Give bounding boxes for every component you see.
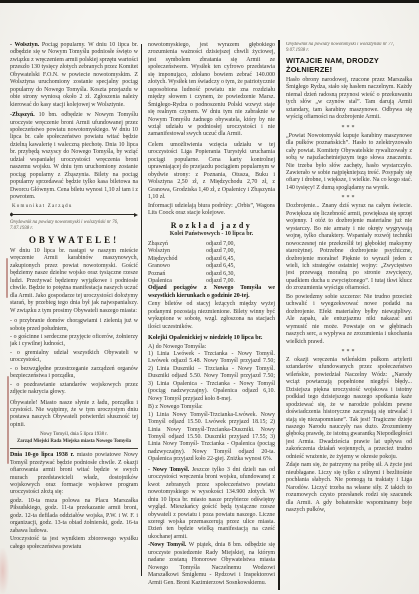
timetable-row: Zbąszyńodjazd 7,00,: [148, 241, 275, 248]
asterisk-separator: ***: [286, 349, 412, 355]
horizontal-rule: [10, 448, 138, 449]
notice-signatures: Zarząd Miejski Rada Miejska miasta Noweg…: [10, 439, 138, 445]
departure-time: odjazd 7,00.: [206, 278, 235, 285]
article-title: WITAJCIE NAM, DRODZY ŻOŁNIERZE!: [286, 57, 412, 74]
scanned-newspaper-page: - Wolsztyn. Pociąg popularny. W dniu 10 …: [0, 0, 419, 594]
direction-b-label: B) z Nowego Tomyśla:: [148, 404, 275, 411]
notice-bullet: - o przybranie domów chorągwiami i ziele…: [10, 318, 138, 333]
article-paragraph: Dozbrojenie... Znany dziś wyraz na całym…: [286, 203, 412, 292]
program-text: miasto powiatowe Nowy Tomyśl przeżywać b…: [10, 452, 138, 495]
station-name: Granowo: [148, 263, 206, 270]
article-paragraph: „Powiat Nowotomyski kupuje karabiny masz…: [286, 133, 412, 193]
departure-time: odjazd 6,45,: [206, 263, 235, 270]
news-text: Pociąg popularny. W dniu 10 lipca br. od…: [10, 42, 138, 108]
excursion-trains-paragraph: Celem umożliwienia wzięcia udziału w tej…: [148, 142, 275, 202]
timetable-subtitle: Kolei Państwowych - 10 lipca br.: [148, 231, 275, 239]
station-name: Zbąszyń: [148, 241, 206, 248]
departure-time: odjazd 7,00,: [206, 241, 235, 248]
timetable-bold-note: Odjazd pociągów z Nowego Tomyśla we wszy…: [148, 285, 275, 300]
departure-time: odjazd 7,00,: [206, 248, 235, 255]
timetable-row: Międzychódodjazd 6,45,: [148, 256, 275, 263]
column-divider-thick: [278, 40, 280, 590]
station-name: Poznań: [148, 271, 206, 278]
timetable-row: Opalenicaodjazd 7,00.: [148, 278, 275, 285]
news-lead: - Nowy Tomyśl.: [148, 467, 189, 473]
news-item-nowy-tomysl-1: - Nowy Tomyśl. Jeszcze tylko 3 dni dziel…: [148, 467, 275, 542]
arrow-end-icon: [134, 213, 138, 217]
departure-time: odjazd 6,45,: [206, 256, 235, 263]
news-lead: - Wolsztyn.: [10, 42, 39, 48]
article-continuation: nowotomyskiego, jest wyrazem głębokiego …: [148, 42, 275, 139]
source-citation: Orędownik na powiaty nowotomyski i wolsz…: [286, 42, 412, 54]
departure-time: odjazd 6,30,: [206, 271, 235, 278]
timetable-row: Poznańodjazd 6,30,: [148, 271, 275, 278]
notice-bullet: - o bezwzględne przestrzeganie zarządzeń…: [10, 366, 138, 381]
notice-bullet: - o gremialny udział wszystkich Obywatel…: [10, 350, 138, 365]
scan-edge-bar: [0, 0, 419, 3]
timetable-title: Rozkład jazdy: [148, 221, 275, 230]
station-name: Wolsztyn: [148, 248, 206, 255]
info-offices-paragraph: Informacji udzielają biura podróży: „Orb…: [148, 203, 275, 218]
asterisk-separator: ***: [286, 125, 412, 131]
separator-line: [13, 214, 134, 215]
scan-margin-mark: [7, 376, 9, 464]
program-intro: Dnia 10-go lipca 1938 r. miasto powiatow…: [10, 452, 138, 497]
article-paragraph: Bo powiedzmy sobie szczerze: Nie trudno …: [286, 294, 412, 346]
news-item-wolsztyn: - Wolsztyn. Pociąg popularny. W dniu 10 …: [10, 42, 138, 109]
program-schedule: godz. 10-ta msza polowa na Placu Marszał…: [10, 498, 138, 535]
diamond-end-icon: [10, 213, 14, 217]
timetable-row: Granowoodjazd 6,45,: [148, 263, 275, 270]
section-separator-arrow: [10, 212, 138, 218]
notice-title: OBYWATELE!: [10, 235, 138, 245]
column-right: Orędownik na powiaty nowotomyski i wolsz…: [286, 42, 412, 594]
notice-outro: Obywatele! Miasto nasze słynie z ładu, p…: [10, 400, 138, 430]
program-outro: Uroczystość ta jest wynikiem zbiorowego …: [10, 536, 138, 551]
news-text: 10 bm. odbędzie w Nowym Tomyślu uroczyst…: [10, 112, 138, 200]
column-middle: nowotomyskiego, jest wyrazem głębokiego …: [148, 42, 275, 594]
program-lead: Dnia 10-go lipca 1938 r.: [10, 452, 74, 458]
communique-signature: Komunikat Zarządu: [12, 203, 138, 210]
column-left: - Wolsztyn. Pociąg popularny. W dniu 10 …: [10, 42, 138, 594]
scan-smudge: [0, 548, 9, 594]
news-item-zbaszyn: -Zbąszyń. 10 bm. odbędzie w Nowym Tomyśl…: [10, 112, 138, 201]
scan-margin-mark: [6, 258, 8, 298]
news-lead: -Nowy Tomyśl.: [148, 542, 186, 548]
direction-a-label: A) do Nowego Tomyśla:: [148, 344, 275, 351]
narrow-gauge-title: Kolejki Opalenickiej w niedzielę 10 lipc…: [148, 335, 275, 343]
notice-bullet: - o gościnne i serdeczne przyjęcie ofice…: [10, 334, 138, 349]
notice-bullet: - o pozdrawianie sztandarów wojskowych p…: [10, 382, 138, 397]
timetable-row: Wolsztynodjazd 7,00,: [148, 248, 275, 255]
news-lead: -Zbąszyń.: [10, 112, 35, 118]
news-item-nowy-tomysl-2: -Nowy Tomyśl. W piątek, dnia 8 bm. odbęd…: [148, 542, 275, 587]
article-paragraph: Hasło obrony narodowej, rzucone przez Ma…: [286, 77, 412, 122]
direction-a-lines: 1) Linia Lwówek - Trzcianka - Nowy Tomyś…: [148, 351, 275, 403]
news-text: W piątek, dnia 8 bm. odbędzie się uroczy…: [148, 542, 275, 585]
article-paragraph: Z okazji wręczenia wileńskim pułkom arty…: [286, 357, 412, 461]
article-paragraph: Zdaje nam się, że patrzymy na próbę sił.…: [286, 462, 412, 514]
source-citation: Orędownik na powiaty nowotomyski i wolsz…: [10, 220, 138, 232]
notice-bullet-list: - o przybranie domów chorągwiami i ziele…: [10, 318, 138, 397]
news-text: Jeszcze tylko 3 dni dzieli nas od uroczy…: [148, 467, 275, 540]
station-name: Międzychód: [148, 256, 206, 263]
direction-b-lines: 1) Linia Nowy Tomyśl-Trzcianka-Lwówek. N…: [148, 412, 275, 464]
notice-intro: W dniu 10 lipca br. nastąpi w naszym mie…: [10, 248, 138, 315]
station-name: Opalenica: [148, 278, 206, 285]
timetable-note: Ceny biletów od stacyj leżących między w…: [148, 301, 275, 331]
column-divider-thin: [141, 44, 142, 576]
timetable: Zbąszyńodjazd 7,00, Wolsztynodjazd 7,00,…: [148, 241, 275, 285]
asterisk-separator: ***: [286, 195, 412, 201]
